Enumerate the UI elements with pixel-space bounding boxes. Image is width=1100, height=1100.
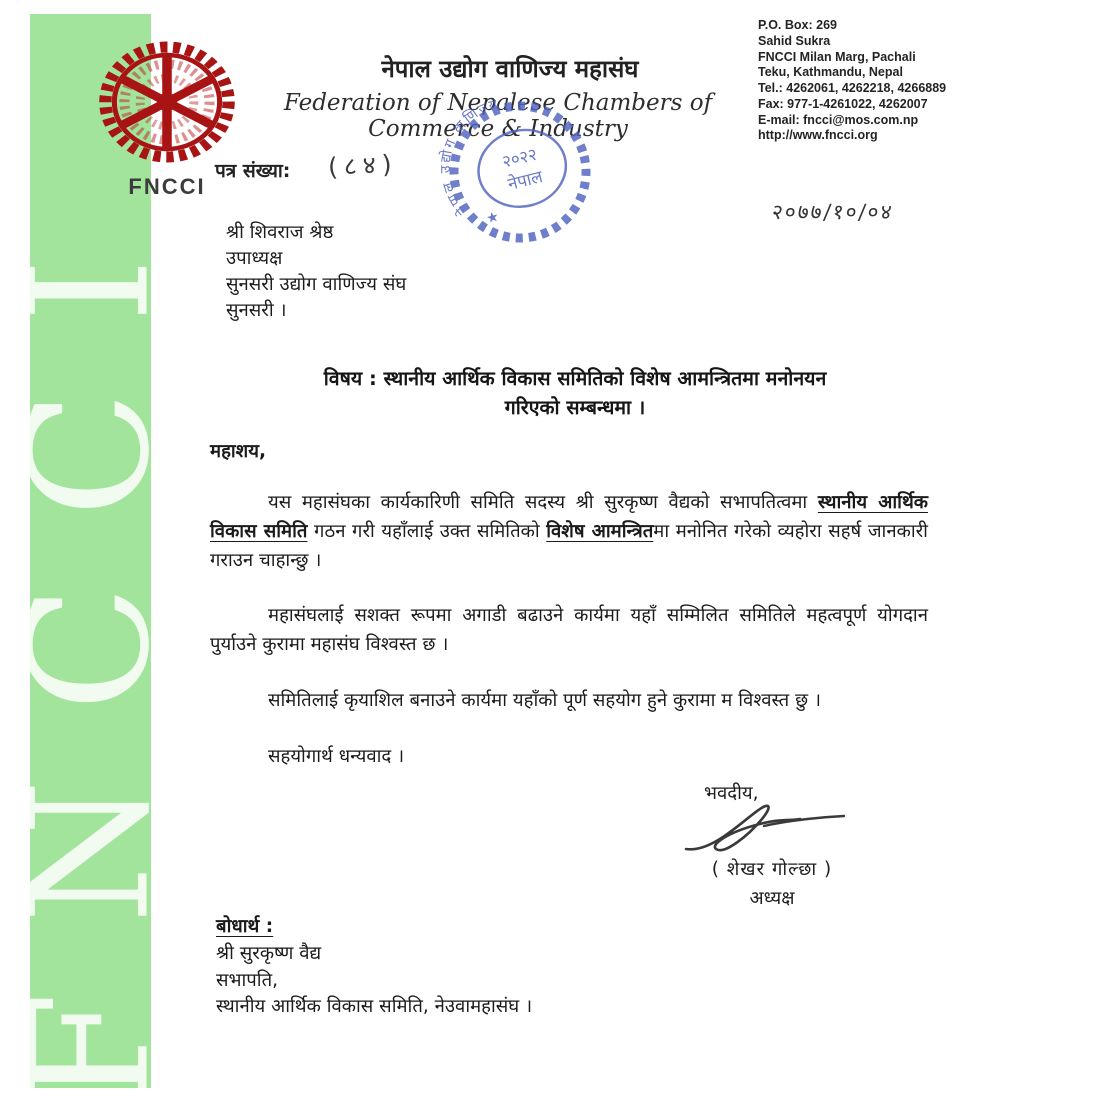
recipient-block: श्री शिवराज श्रेष्ठ उपाध्यक्ष सुनसरी उद्… [226,220,406,324]
letter-body: महाशय, यस महासंघका कार्यकारिणी समिति सदस… [210,438,928,772]
cc-title: सभापति, [216,968,532,995]
signature-block: भवदीय, ( शेखर गोल्छा ) अध्यक्ष [652,780,892,910]
letter-date: २०७७/१०/०४ [771,198,895,226]
fncci-emblem-icon [97,40,237,168]
recipient-name: श्री शिवराज श्रेष्ठ [226,220,406,246]
letter-page: FNCCI FNCCI नेपाल उद्योग वाणिज्य महासंघ … [0,0,1100,1100]
cc-org: स्थानीय आर्थिक विकास समिति, नेउवामहासंघ … [216,994,532,1021]
subject-line-1: विषय : स्थानीय आर्थिक विकास समितिको विशे… [232,364,918,393]
contact-line: FNCCI Milan Marg, Pachali [758,50,1008,66]
contact-line: Teku, Kathmandu, Nepal [758,65,1008,81]
contact-line: http://www.fncci.org [758,128,1008,144]
contact-line: Tel.: 4262061, 4262218, 4266889 [758,81,1008,97]
salutation: महाशय, [210,438,928,467]
ref-number-value: (८४) [327,146,398,184]
cc-block: बोधार्थ : श्री सुरकृष्ण वैद्य सभापति, स्… [216,914,532,1021]
para1-underlined-phrase-2: विशेष आमन्त्रित [546,521,653,542]
para1-text: यस महासंघका कार्यकारिणी समिति सदस्य श्री… [268,492,818,513]
para1-text: गठन गरी यहाँलाई उक्त समितिको [307,521,546,542]
contact-line: Sahid Sukra [758,34,1008,50]
sidebar-vertical-text: FNCCI [8,190,173,1100]
thanks-line: सहयोगार्थ धन्यवाद । [210,743,928,772]
contact-line: E-mail: fncci@mos.com.np [758,113,1008,129]
body-paragraph-3: समितिलाई कृयाशिल बनाउने कार्यमा यहाँको प… [210,687,928,716]
recipient-title: उपाध्यक्ष [226,246,406,272]
official-stamp: नेपाल उद्योग वाणिज्य २०२२ नेपाल ★ [438,92,603,256]
contact-line: P.O. Box: 269 [758,18,1008,34]
contact-block: P.O. Box: 269 Sahid Sukra FNCCI Milan Ma… [758,18,1008,144]
contact-line: Fax: 977-1-4261022, 4262007 [758,97,1008,113]
body-paragraph-2: महासंघलाई सशक्त रूपमा अगाडी बढाउने कार्य… [210,602,928,660]
recipient-org: सुनसरी उद्योग वाणिज्य संघ [226,272,406,298]
subject-block: विषय : स्थानीय आर्थिक विकास समितिको विशे… [232,364,918,423]
org-title-nepali: नेपाल उद्योग वाणिज्य महासंघ [250,52,770,85]
signer-title: अध्यक्ष [652,885,892,910]
stamp-star-icon: ★ [485,209,501,228]
cc-heading: बोधार्थ : [216,914,532,941]
ref-number-label: पत्र संख्या: [215,157,290,183]
body-paragraph-1: यस महासंघका कार्यकारिणी समिति सदस्य श्री… [210,489,928,576]
cc-name: श्री सुरकृष्ण वैद्य [216,941,532,968]
subject-line-2: गरिएको सम्बन्धमा । [232,393,918,422]
recipient-place: सुनसरी । [226,298,406,324]
